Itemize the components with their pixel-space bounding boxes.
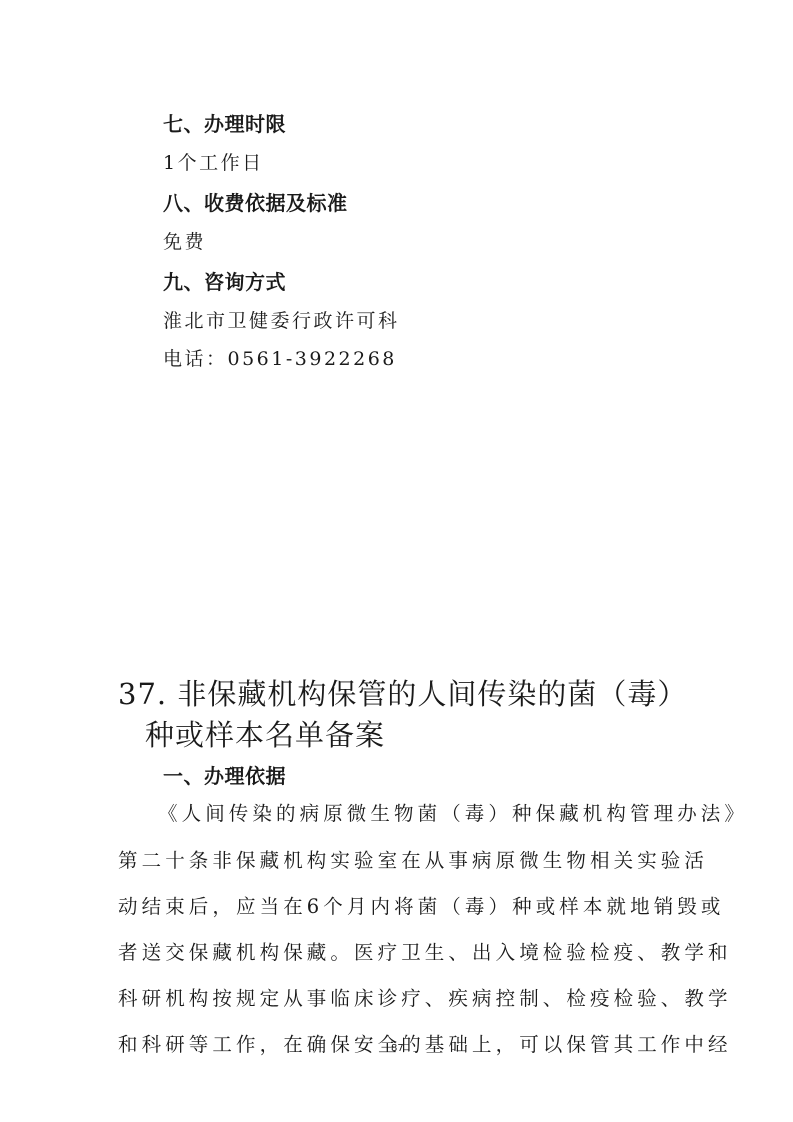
item-title-line-1: 37. 非保藏机构保管的人间传染的菌（毒） xyxy=(118,672,687,713)
processing-time-value: 1个工作日 xyxy=(163,148,264,175)
paragraph-line-5: 科研机构按规定从事临床诊疗、疾病控制、检疫检验、教学 xyxy=(118,983,732,1011)
section-heading-processing-time: 七、办理时限 xyxy=(163,108,286,137)
paragraph-line-2: 第二十条非保藏机构实验室在从事病原微生物相关实验活 xyxy=(118,845,708,873)
item-title-line-2: 种或样本名单备案 xyxy=(145,713,385,754)
consultation-office: 淮北市卫健委行政许可科 xyxy=(163,306,400,333)
page-number: 87 xyxy=(391,1043,404,1054)
paragraph-line-3: 动结束后，应当在6个月内将菌（毒）种或样本就地销毁或 xyxy=(118,891,725,919)
paragraph-line-1: 《人间传染的病原微生物菌（毒）种保藏机构管理办法》 xyxy=(158,798,748,826)
paragraph-line-6: 和科研等工作，在确保安全的基础上，可以保管其工作中经 xyxy=(118,1029,732,1057)
paragraph-line-4: 者送交保藏机构保藏。医疗卫生、出入境检验检疫、教学和 xyxy=(118,937,732,965)
fee-value: 免费 xyxy=(163,227,206,254)
section-heading-legal-basis: 一、办理依据 xyxy=(163,760,286,789)
consultation-phone: 电话：0561-3922268 xyxy=(163,344,397,371)
section-heading-consultation: 九、咨询方式 xyxy=(163,266,286,295)
section-heading-fee-basis: 八、收费依据及标准 xyxy=(163,187,348,216)
